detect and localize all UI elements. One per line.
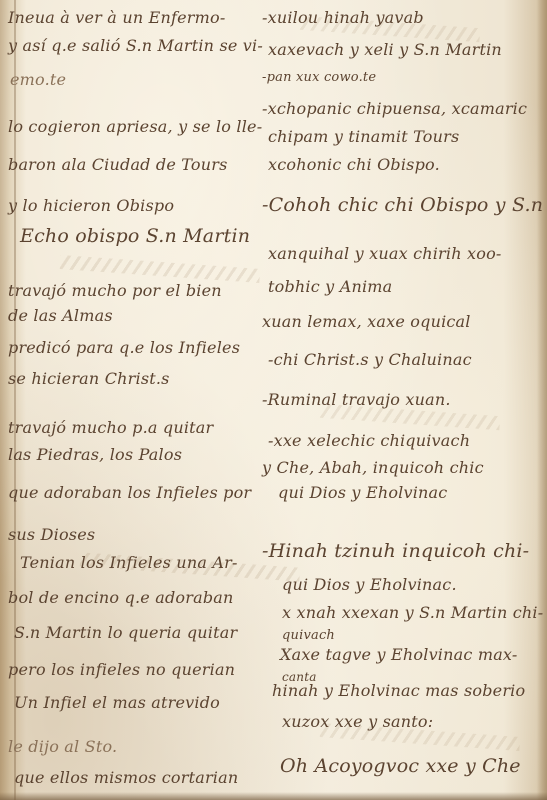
kiche-line: -Ruminal travajo xuan. — [262, 390, 451, 409]
spanish-line: Tenian los Infieles una Ar- — [20, 553, 238, 572]
spanish-line: predicó para q.e los Infieles — [8, 338, 240, 357]
kiche-line: qui Dios y Eholvinac — [278, 483, 447, 502]
spanish-line: y así q.e salió S.n Martin se vi- — [8, 36, 263, 55]
spanish-line: pero los infieles no querian — [8, 660, 235, 679]
spanish-line: travajó mucho p.a quitar — [8, 418, 213, 437]
kiche-line: -pan xux cowo.te — [262, 70, 376, 85]
spanish-line: las Piedras, los Palos — [8, 445, 182, 464]
spanish-line: y lo hicieron Obispo — [8, 196, 174, 215]
kiche-line: xcohonic chi Obispo. — [268, 155, 440, 174]
spanish-line: sus Dioses — [8, 525, 95, 544]
kiche-line: chipam y tinamit Tours — [268, 127, 459, 146]
spanish-line: travajó mucho por el bien — [8, 281, 222, 300]
spanish-line: lo cogieron apriesa, y se lo lle- — [8, 117, 262, 136]
kiche-line: -xuilou hinah yavab — [262, 8, 424, 27]
kiche-line: quivach — [282, 628, 335, 643]
kiche-line: Oh Acoyogvoc xxe y Che — [280, 755, 521, 777]
kiche-line: hinah y Eholvinac mas soberio — [272, 681, 525, 700]
page-bottom-edge — [0, 792, 547, 800]
spanish-line: que adoraban los Infieles por — [8, 483, 251, 502]
kiche-line: -xchopanic chipuensa, xcamaric — [262, 99, 527, 118]
kiche-line: xuan lemax, xaxe oquical — [262, 312, 471, 331]
kiche-line: -chi Christ.s y Chaluinac — [268, 350, 472, 369]
kiche-line: -Cohoh chic chi Obispo y S.n Mart. — [262, 194, 547, 216]
kiche-line: qui Dios y Eholvinac. — [282, 575, 457, 594]
spanish-line: se hicieran Christ.s — [8, 369, 170, 388]
kiche-line: x xnah xxexan y S.n Martin chi- — [282, 603, 543, 622]
page-right-edge — [537, 0, 547, 800]
spanish-line: S.n Martin lo queria quitar — [14, 623, 237, 642]
kiche-line: xaxevach y xeli y S.n Martin — [268, 40, 502, 59]
kiche-line: -xxe xelechic chiquivach — [268, 431, 470, 450]
kiche-line: tobhic y Anima — [268, 277, 392, 296]
spanish-line: Ineua à ver à un Enfermo- — [8, 8, 225, 27]
spanish-line: bol de encino q.e adoraban — [8, 588, 234, 607]
spanish-line: que ellos mismos cortarian — [14, 768, 238, 787]
ink-bleed-through — [60, 255, 260, 283]
manuscript-page: Ineua à ver à un Enfermo- y así q.e sali… — [0, 0, 547, 800]
spanish-line: emo.te — [10, 70, 66, 89]
kiche-line: y Che, Abah, inquicoh chic — [262, 458, 484, 477]
spanish-line: Un Infiel el mas atrevido — [14, 693, 220, 712]
spanish-line: Echo obispo S.n Martin — [20, 225, 250, 247]
spanish-line: baron ala Ciudad de Tours — [8, 155, 228, 174]
kiche-line: Xaxe tagve y Eholvinac max- — [280, 645, 517, 664]
spanish-line: de las Almas — [8, 306, 113, 325]
kiche-line: xuzox xxe y santo: — [282, 712, 433, 731]
kiche-line: xanquihal y xuax chirih xoo- — [268, 244, 502, 263]
kiche-line: -Hinah tzinuh inquicoh chi- — [262, 540, 529, 562]
spanish-line: le dijo al Sto. — [8, 737, 117, 756]
